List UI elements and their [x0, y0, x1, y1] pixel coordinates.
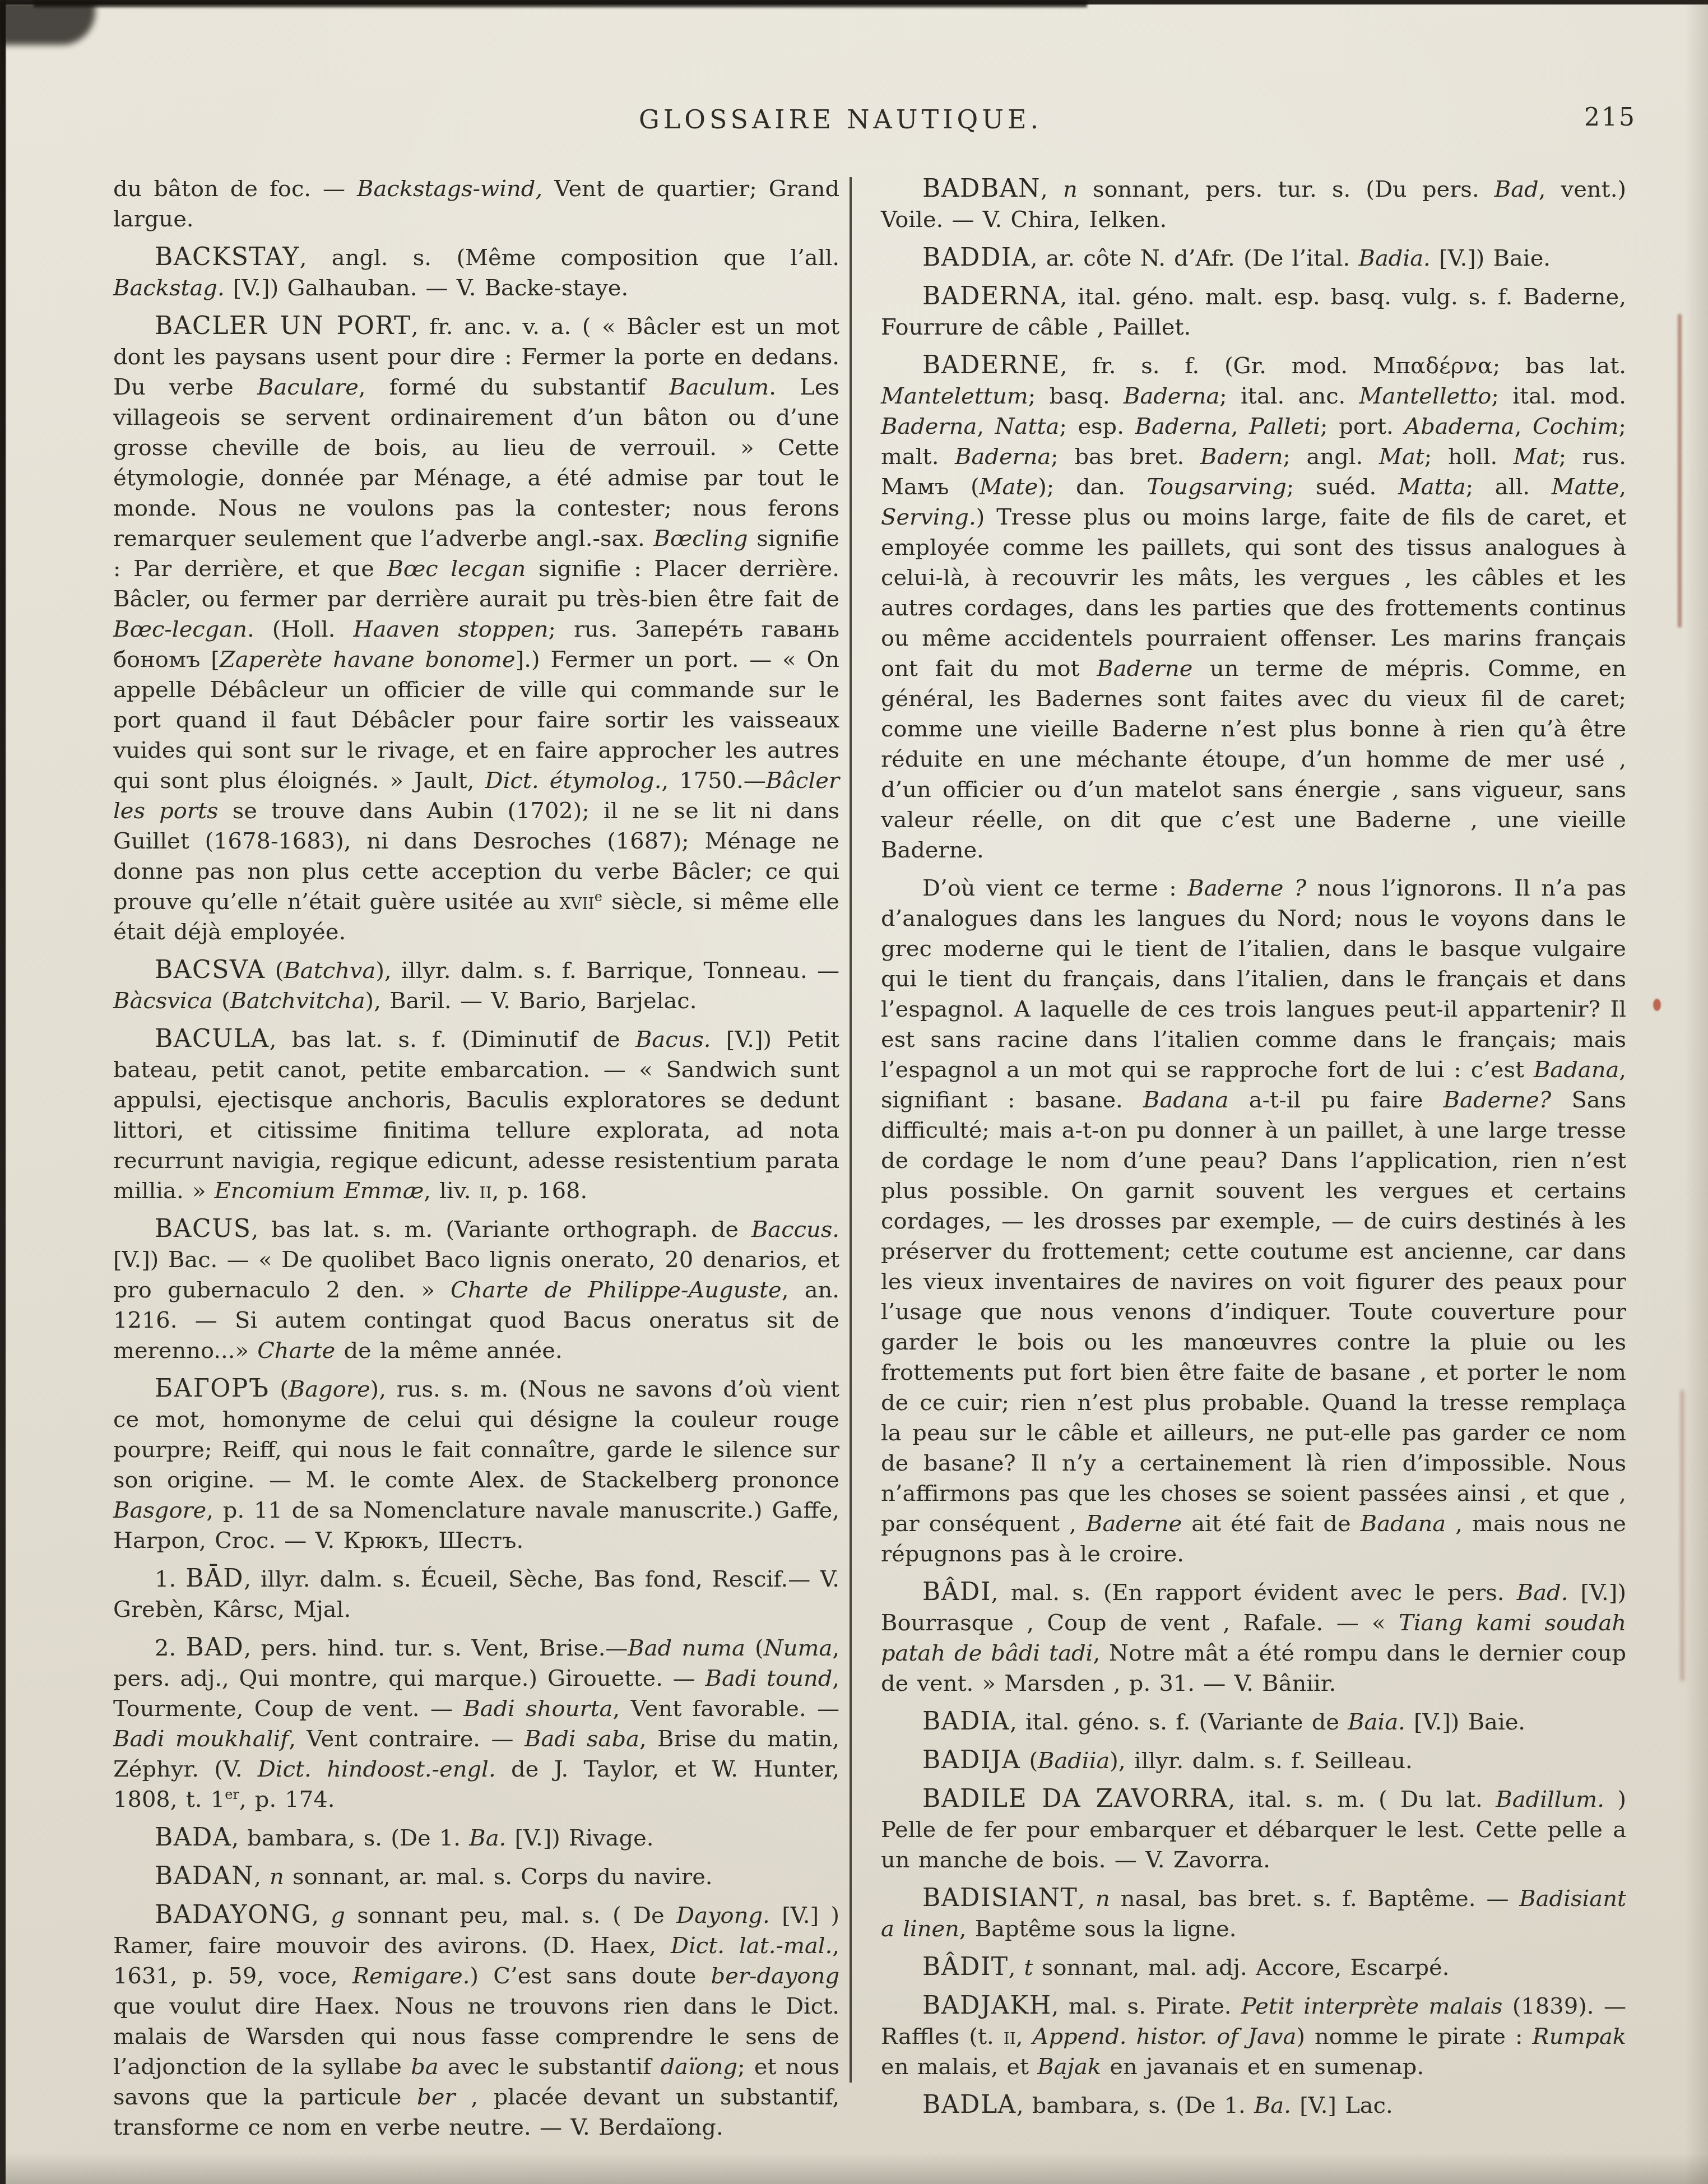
dictionary-entry: 2. BAD, pers. hind. tur. s. Vent, Brise.…: [113, 1633, 839, 1815]
dictionary-entry: BADIA, ital. géno. s. f. (Variante de Ba…: [881, 1707, 1626, 1737]
dictionary-entry: du bâton de foc. — Backstags-wind, Vent …: [113, 174, 839, 234]
dictionary-entry: BADBAN, n sonnant, pers. tur. s. (Du per…: [881, 174, 1626, 235]
dictionary-entry: BADJAKH, mal. s. Pirate. Petit interprèt…: [881, 1991, 1626, 2082]
page-paper: GLOSSAIRE NAUTIQUE. 215 du bâton de foc.…: [6, 4, 1708, 2184]
dictionary-entry: BADERNA, ital. géno. malt. esp. basq. vu…: [881, 281, 1626, 342]
dictionary-entry: BADAYONG, g sonnant peu, mal. s. ( De Da…: [113, 1900, 839, 2143]
dictionary-entry: BADDIA, ar. côte N. d’Afr. (De l’ital. B…: [881, 243, 1626, 273]
dictionary-entry: BADILE DA ZAVORRA, ital. s. m. ( Du lat.…: [881, 1784, 1626, 1875]
dictionary-entry: D’où vient ce terme : Baderne ? nous l’i…: [881, 873, 1626, 1569]
page-number: 215: [1569, 103, 1636, 132]
dictionary-entry: БАГОРЪ (Bagore), rus. s. m. (Nous ne sav…: [113, 1374, 839, 1556]
right-column: BADBAN, n sonnant, pers. tur. s. (Du per…: [881, 174, 1626, 2129]
column-divider: [850, 177, 852, 2083]
dictionary-entry: BACSVA (Batchva), illyr. dalm. s. f. Bar…: [113, 955, 839, 1016]
scan-edge-corner: [0, 0, 95, 45]
dictionary-entry: BACKSTAY, angl. s. (Même composition que…: [113, 242, 839, 303]
dictionary-entry: BACUS, bas lat. s. m. (Variante orthogra…: [113, 1214, 839, 1366]
dictionary-entry: BADERNE, fr. s. f. (Gr. mod. Μπαδέρνα; b…: [881, 350, 1626, 865]
scan-shadow-right: [1684, 0, 1708, 2184]
dictionary-entry: BADISIANT, n nasal, bas bret. s. f. Bapt…: [881, 1883, 1626, 1944]
page-title: GLOSSAIRE NAUTIQUE.: [112, 104, 1569, 135]
dictionary-entry: BÂDI, mal. s. (En rapport évident avec l…: [881, 1577, 1626, 1699]
left-column: du bâton de foc. — Backstags-wind, Vent …: [113, 174, 839, 2150]
dictionary-entry: BÂDIT, t sonnant, mal. adj. Accore, Esca…: [881, 1952, 1626, 1983]
scan-stain-mark: [1681, 1390, 1684, 1681]
dictionary-entry: BADLA, bambara, s. (De 1. Ba. [V.] Lac.: [881, 2090, 1626, 2121]
scan-red-speck: [1653, 999, 1661, 1011]
dictionary-entry: BACULA, bas lat. s. f. (Diminutif de Bac…: [113, 1024, 839, 1206]
scan-stain-mark: [1678, 314, 1682, 628]
scan-edge-left: [0, 0, 6, 1457]
dictionary-entry: 1. BĀD, illyr. dalm. s. Écueil, Sèche, B…: [113, 1564, 839, 1625]
dictionary-entry: BACLER UN PORT, fr. anc. v. a. ( « Bâcle…: [113, 311, 839, 947]
scanned-book-page: { "header": { "title": "GLOSSAIRE NAUTIQ…: [0, 0, 1708, 2184]
scan-edge-top: [34, 0, 1087, 7]
dictionary-entry: BADA, bambara, s. (De 1. Ba. [V.]) Rivag…: [113, 1823, 839, 1853]
dictionary-entry: BADAN, n sonnant, ar. mal. s. Corps du n…: [113, 1861, 839, 1892]
scan-shadow-bottom: [0, 2153, 1708, 2184]
dictionary-entry: BADIJA (Badiia), illyr. dalm. s. f. Seil…: [881, 1745, 1626, 1776]
